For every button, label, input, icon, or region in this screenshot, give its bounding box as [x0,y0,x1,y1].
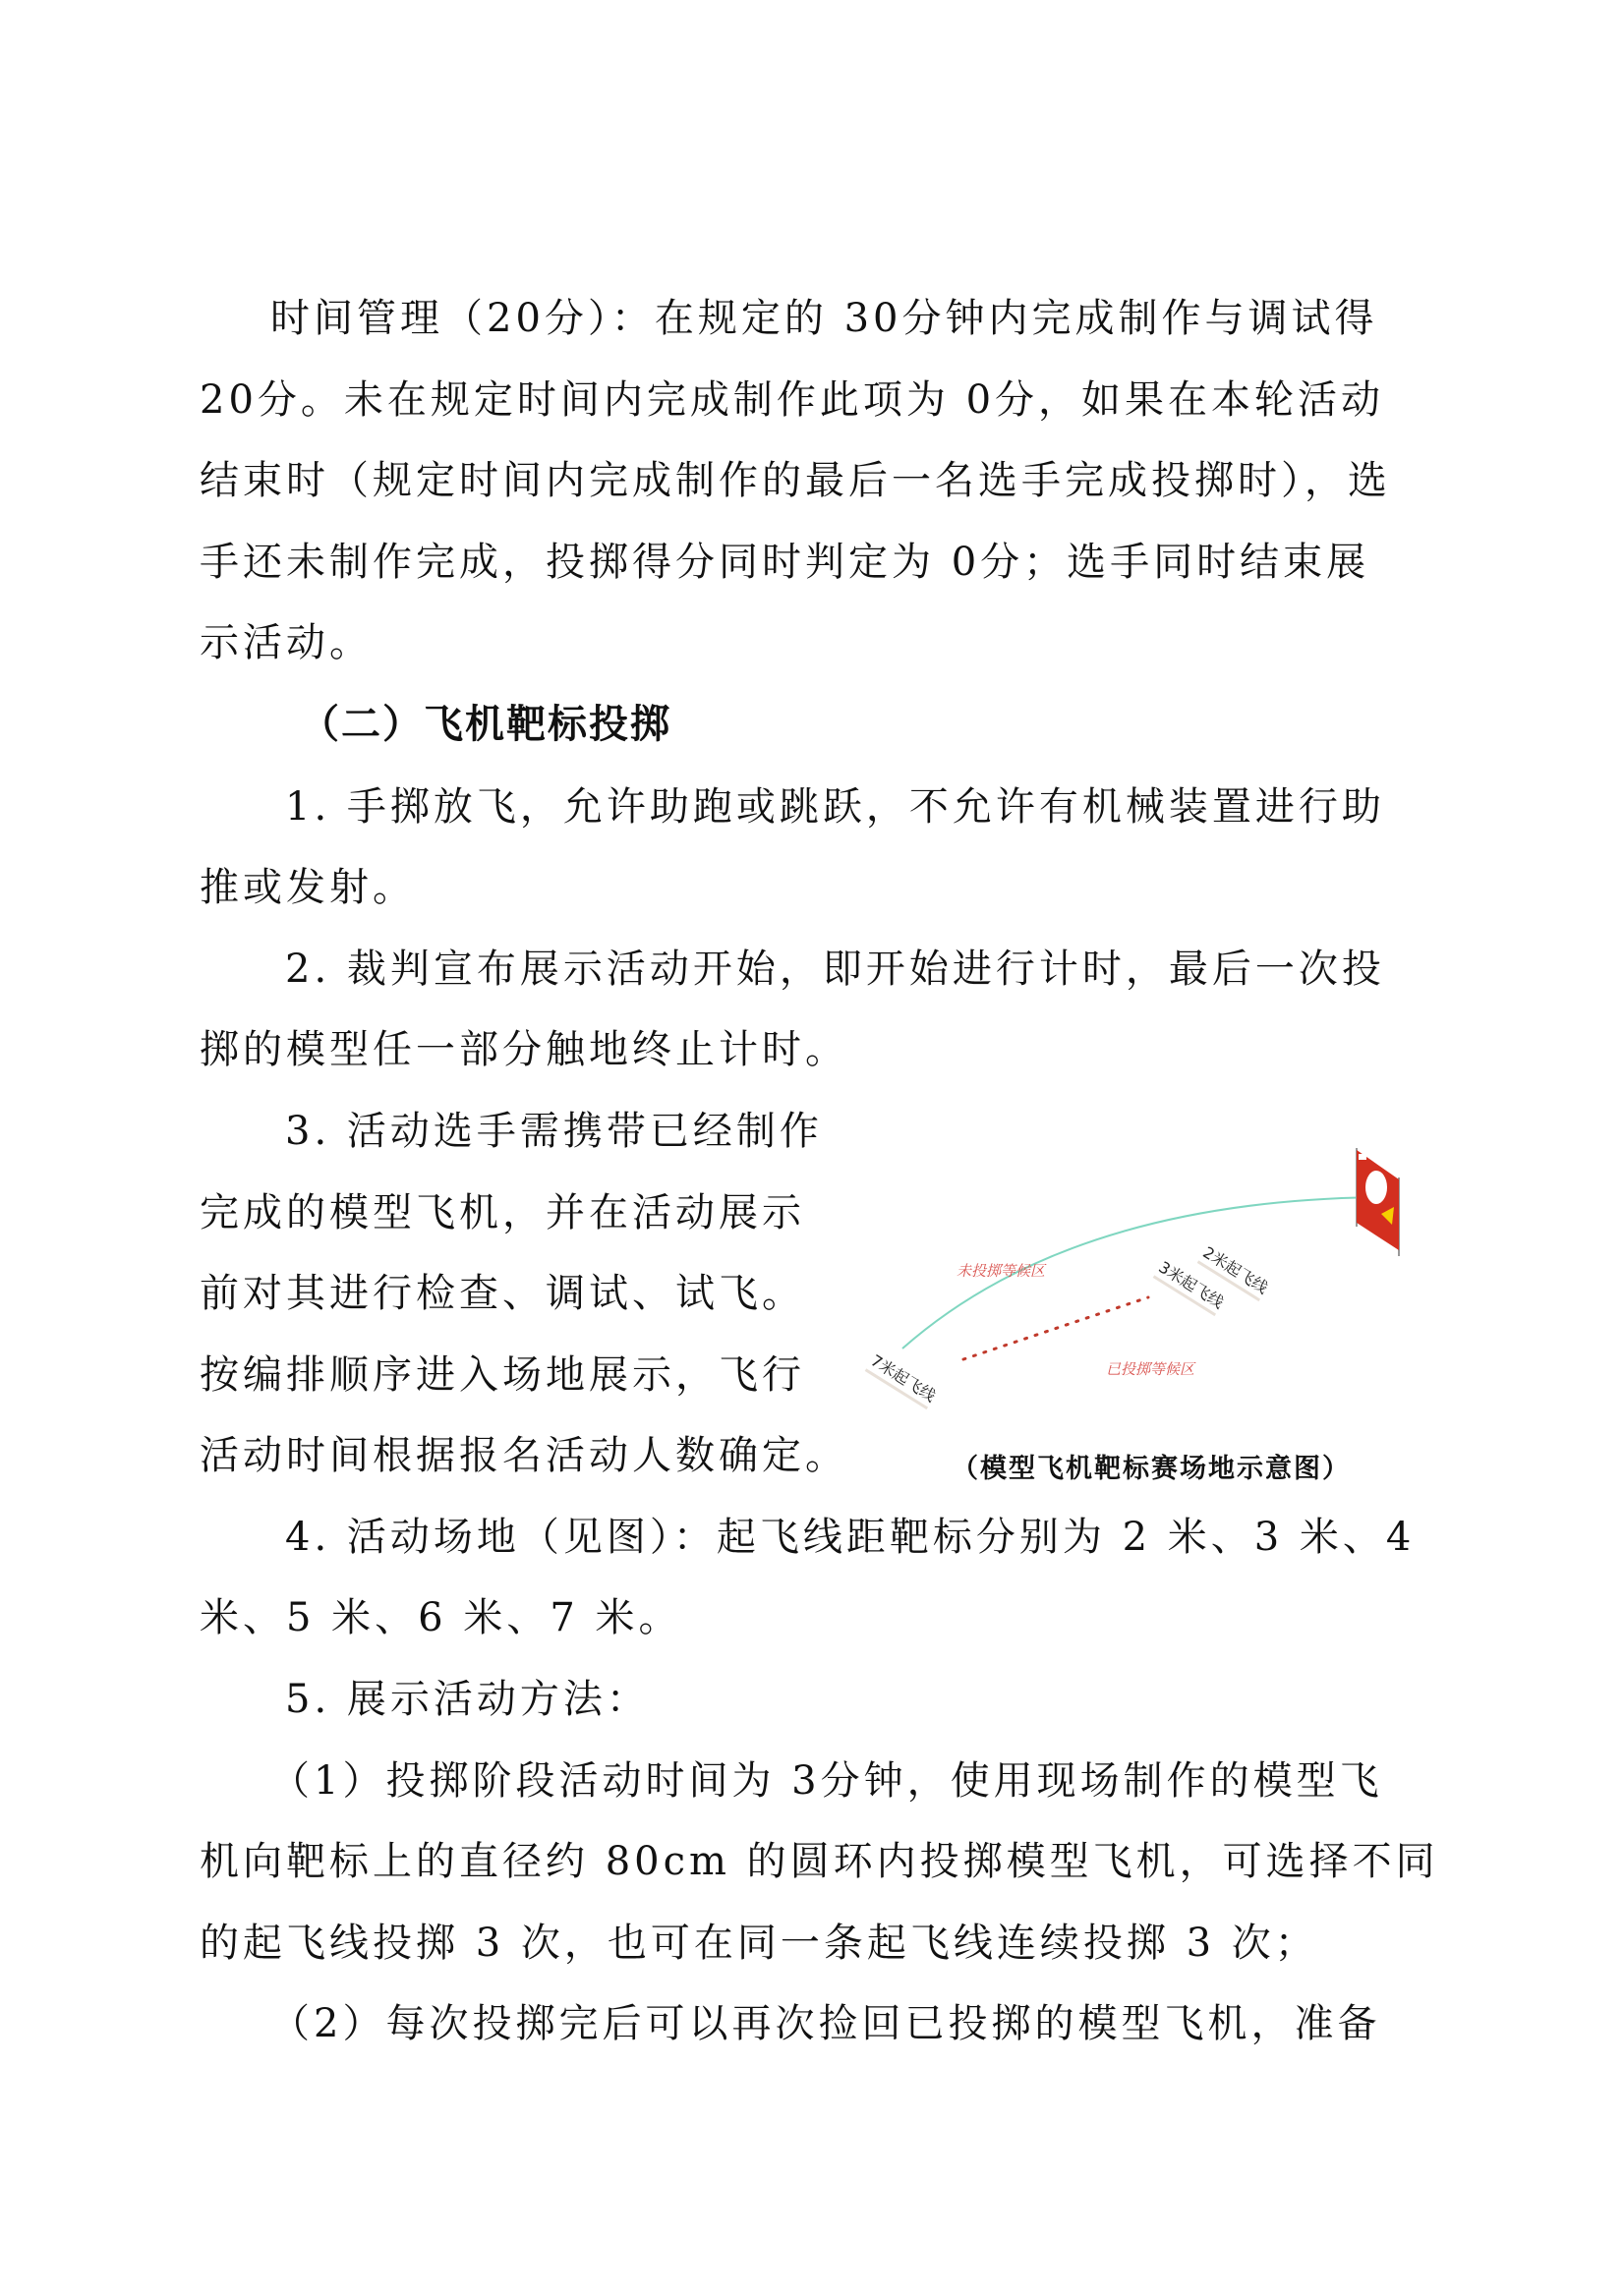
item-3-line-3: 前对其进行检查、调试、试飞。 [200,1270,805,1317]
item-3-line-2: 完成的模型飞机，并在活动展示 [200,1189,805,1236]
target-field-diagram: 未投掷等候区 已投掷等候区 7米起飞线 3米起飞线 2米起飞线 [855,1130,1425,1415]
sub-item-1-line-2: 机向靶标上的直径约 80cm 的圆环内投掷模型飞机，可选择不同 [200,1838,1439,1885]
figure-caption: （模型飞机靶标赛场地示意图） [952,1447,1351,1485]
item-3-line-4: 按编排顺序进入场地展示，飞行 [200,1351,805,1399]
zone-label-waiting: 未投掷等候区 [957,1260,1045,1281]
item-4-line-1: 4. 活动场地（见图）：起飞线距靶标分别为 2 米、3 米、4 [285,1514,1415,1561]
sub-item-1-line-1: （1）投掷阶段活动时间为 3分钟，使用现场制作的模型飞 [270,1757,1383,1805]
item-5-heading: 5. 展示活动方法： [285,1676,650,1723]
paragraph-time-management-line-2: 20分。未在规定时间内完成制作此项为 0分，如果在本轮活动 [200,376,1384,424]
item-1-line-1: 1. 手掷放飞，允许助跑或跳跃，不允许有机械装置进行助 [285,783,1385,831]
paragraph-time-management-line-5: 示活动。 [200,619,373,666]
zone-label-done: 已投掷等候区 [1106,1358,1194,1379]
item-2-line-2: 掷的模型任一部分触地终止计时。 [200,1026,848,1073]
sub-item-2-line-1: （2）每次投掷完后可以再次捡回已投掷的模型飞机，准备 [270,2000,1380,2047]
item-1-line-2: 推或发射。 [200,864,416,911]
item-2-line-1: 2. 裁判宣布展示活动开始，即开始进行计时，最后一次投 [285,946,1385,993]
sub-item-1-line-3: 的起飞线投掷 3 次，也可在同一条起飞线连续投掷 3 次； [200,1920,1318,1967]
section-heading: （二）飞机靶标投掷 [300,701,671,748]
paragraph-time-management-line-4: 手还未制作完成，投掷得分同时判定为 0分；选手同时结束展 [200,539,1369,586]
item-3-line-5: 活动时间根据报名活动人数确定。 [200,1432,848,1479]
paragraph-time-management-line-1: 时间管理（20分）：在规定的 30分钟内完成制作与调试得 [270,295,1378,342]
item-4-line-2: 米、5 米、6 米、7 米。 [200,1594,682,1641]
target-board-icon [1357,1148,1399,1256]
item-3-line-1: 3. 活动选手需携带已经制作 [285,1108,823,1155]
paragraph-time-management-line-3: 结束时（规定时间内完成制作的最后一名选手完成投掷时），选 [200,457,1391,504]
